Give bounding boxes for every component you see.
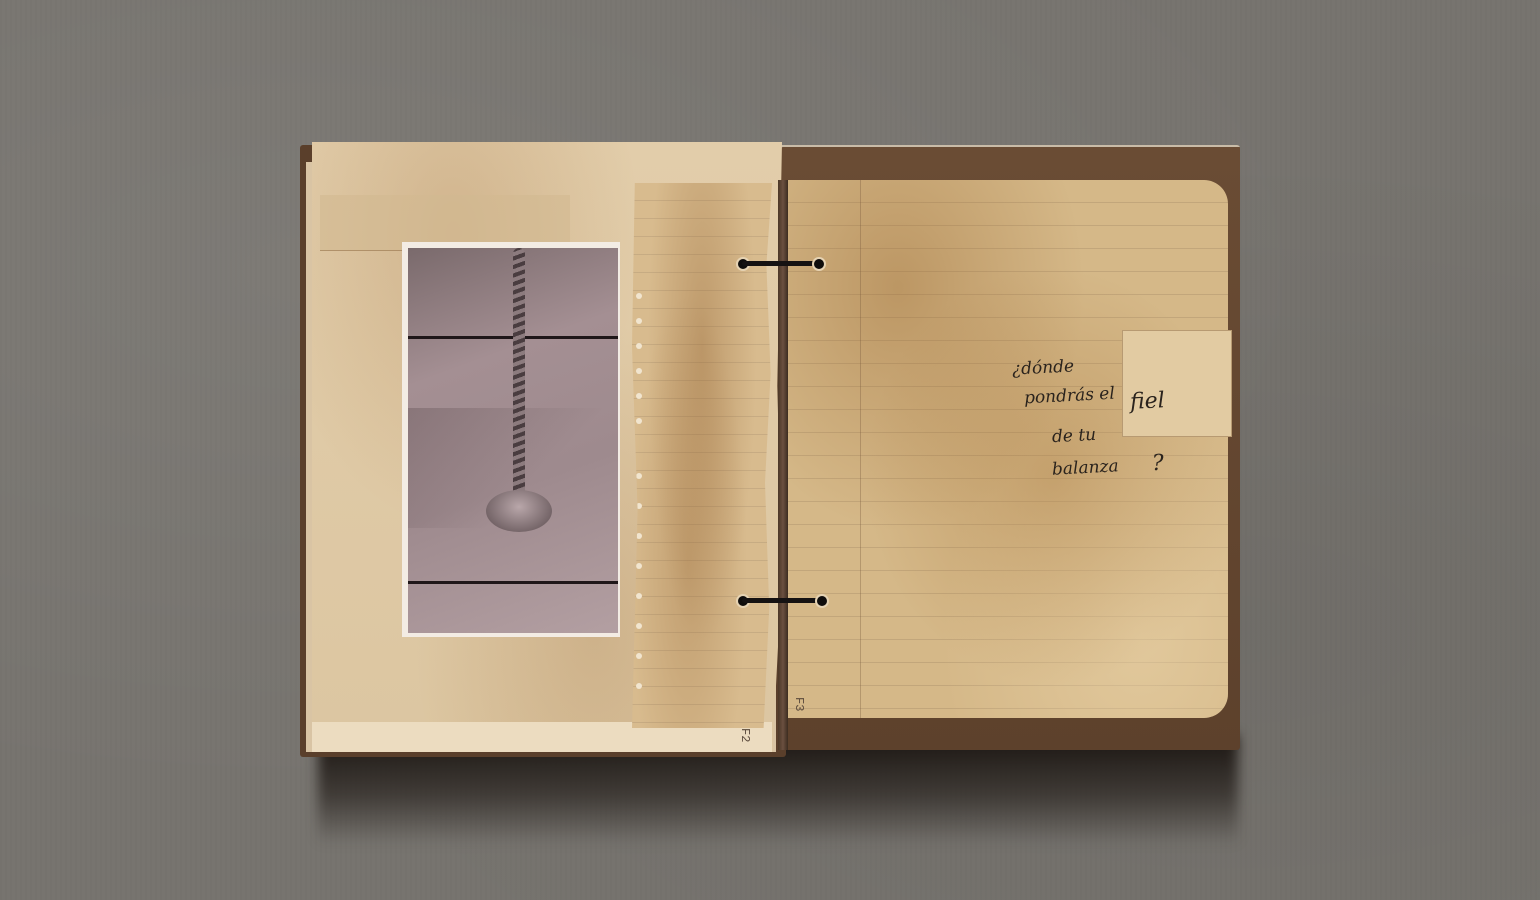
- perforation-hole: [636, 593, 642, 599]
- perforation-hole: [636, 623, 642, 629]
- rope-knot: [486, 490, 552, 532]
- note-line-1: ¿dónde: [1011, 352, 1075, 383]
- rope-photograph: [408, 248, 618, 633]
- perforation-hole: [636, 293, 642, 299]
- rope: [513, 248, 525, 503]
- handwritten-note: ¿dónde pondrás el fiel de tu balanza ?: [1012, 350, 1212, 500]
- perforation-hole: [636, 653, 642, 659]
- note-line-4: de tu: [1051, 421, 1097, 451]
- right-page-margin-line: [860, 180, 861, 718]
- note-line-5: balanza: [1051, 452, 1119, 483]
- binding-hole: [812, 257, 826, 271]
- page-mark-right: F3: [792, 697, 806, 711]
- perforation-hole: [636, 393, 642, 399]
- perforation-hole: [636, 473, 642, 479]
- binding-tie-bottom: [742, 598, 820, 603]
- binding-tie-top: [742, 261, 817, 266]
- perforation-hole: [636, 418, 642, 424]
- perforation-hole: [636, 343, 642, 349]
- perforation-hole: [636, 318, 642, 324]
- note-line-6: ?: [1151, 450, 1164, 479]
- binding-hole: [815, 594, 829, 608]
- photo-line-bottom: [408, 581, 618, 584]
- perforation-hole: [636, 563, 642, 569]
- perforation-hole: [636, 368, 642, 374]
- page-mark-left: F2: [738, 728, 752, 742]
- note-line-2: pondrás el: [1023, 380, 1115, 413]
- perforation-hole: [636, 683, 642, 689]
- note-line-3: fiel: [1129, 387, 1165, 417]
